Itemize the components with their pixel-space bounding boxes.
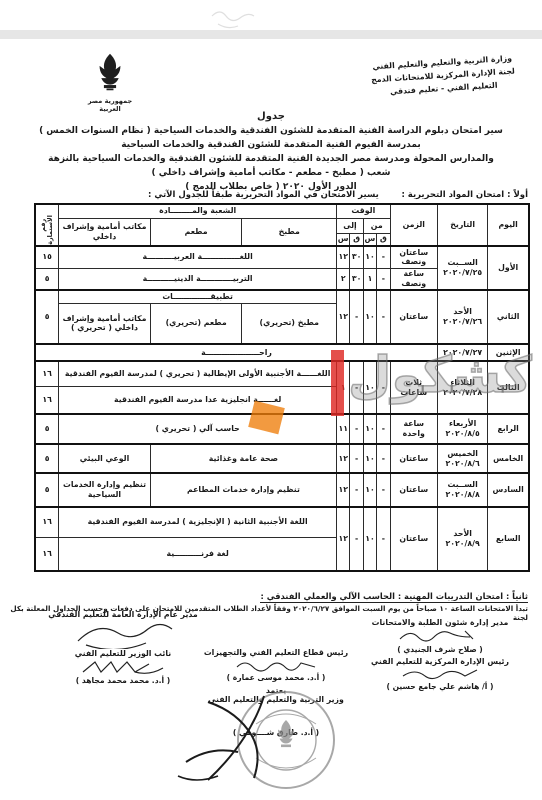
pencil-scribble bbox=[208, 6, 268, 32]
col-head-restaurant: مطعم bbox=[150, 218, 242, 246]
day-date: الســبت٢٠٢٠/٧/٢٥ bbox=[437, 246, 487, 290]
subject-computer: حاسب آلي ( تحريري ) bbox=[59, 414, 337, 444]
sig-name-gonidy: ( صلاح شرف الجنيدي ) bbox=[356, 645, 524, 654]
to-hour: ١٢ bbox=[337, 507, 350, 571]
from-hour: ١٠ bbox=[363, 507, 376, 571]
subject-environment-awareness: الوعي البيئي bbox=[59, 444, 151, 473]
col-head-to-hour: س bbox=[337, 233, 350, 246]
col-head-day: اليوم bbox=[488, 204, 529, 246]
form-number-rotated-label: رقمالاستمارة bbox=[40, 215, 54, 235]
col-head-section-subject: الشعبة والمــــــــادة bbox=[59, 204, 337, 218]
to-min: - bbox=[350, 361, 363, 414]
duration-cell: ثلاث ساعات bbox=[390, 361, 437, 414]
rest-day-cell: راحــــــــــــــــــــة bbox=[35, 344, 437, 361]
day-monday: الإثنين bbox=[488, 344, 529, 361]
day-date: الســبت٢٠٢٠/٨/٨ bbox=[437, 473, 487, 507]
sig-name-megahed: ( أ.د. محمد محمد مجاهد ) bbox=[34, 676, 212, 685]
from-min: - bbox=[377, 361, 390, 414]
duration-cell: ساعة ونصف bbox=[390, 268, 437, 290]
to-hour: ١ bbox=[337, 361, 350, 414]
duration-cell: ساعتان ونصف bbox=[390, 246, 437, 268]
from-hour: ١٠ bbox=[363, 444, 376, 473]
from-hour: ١٠ bbox=[363, 246, 376, 268]
to-min: ٣٠ bbox=[350, 246, 363, 268]
day-date: الثلاثاء٢٠٢٠/٧/٢٨ bbox=[437, 361, 487, 414]
col-head-to: إلى bbox=[337, 218, 364, 233]
eagle-icon bbox=[92, 52, 128, 92]
to-hour: ١٢ bbox=[337, 290, 350, 344]
col-head-front-office: مكاتب أمامية وإشراف داخلي bbox=[59, 218, 151, 246]
col-head-date: التاريخ bbox=[437, 204, 487, 246]
col-head-duration: الزمن bbox=[390, 204, 437, 246]
to-min: - bbox=[350, 444, 363, 473]
to-min: - bbox=[350, 507, 363, 571]
document-title-block: جدول سير امتحان دبلوم الدراسة الفنية الم… bbox=[0, 110, 542, 194]
to-min: - bbox=[350, 290, 363, 344]
signature-block-right: مدير إدارة شئون الطلبة والامتحانات ( صلا… bbox=[356, 618, 524, 691]
signature-flourish bbox=[68, 619, 178, 649]
day-ordinal: الرابع bbox=[488, 414, 529, 444]
from-min: - bbox=[377, 414, 390, 444]
from-min: - bbox=[377, 444, 390, 473]
subject-english-except: لغــــــة انجليزية عدا مدرسة الفيوم الفن… bbox=[59, 386, 337, 414]
title-line-branches: شعب ( مطبخ - مطعم - مكاتب أمامية وإشراف … bbox=[0, 166, 542, 180]
from-min: - bbox=[377, 246, 390, 268]
sig-title-hotel-education-gm: مدير عام الإدارة العامة للتعليم الفندقي bbox=[34, 610, 212, 619]
form-number: ٥ bbox=[35, 414, 59, 444]
subject-second-foreign-english: اللغة الأجنبية الثانية ( الإنجليزية ) لم… bbox=[59, 507, 337, 537]
sig-title-students-affairs: مدير إدارة شئون الطلبة والامتحانات bbox=[356, 618, 524, 627]
col-head-time: الوقت bbox=[337, 204, 391, 218]
day-ordinal: الخامس bbox=[488, 444, 529, 473]
subject-front-office-written: مكاتب أمامية وإشراف داخلي ( تحريري ) bbox=[59, 303, 151, 344]
duration-cell: ساعتان bbox=[390, 507, 437, 571]
col-head-from-hour: س bbox=[363, 233, 376, 246]
to-hour: ١١ bbox=[337, 414, 350, 444]
to-min: - bbox=[350, 473, 363, 507]
subject-kitchen-written: مطبخ (تحريري) bbox=[242, 303, 337, 344]
signature-squiggle bbox=[395, 666, 485, 682]
from-min: - bbox=[377, 290, 390, 344]
section-second-heading: ثانياً : امتحان التدريبات المهنية : الحا… bbox=[260, 591, 528, 603]
form-number: ١٦ bbox=[35, 537, 59, 571]
duration-cell: ساعتان bbox=[390, 473, 437, 507]
day-ordinal: السابع bbox=[488, 507, 529, 571]
subject-french: لغة فرنــــــــــية bbox=[59, 537, 337, 571]
day-date: الأربعاء٢٠٢٠/٨/٥ bbox=[437, 414, 487, 444]
to-hour: ٢ bbox=[337, 268, 350, 290]
to-hour: ١٢ bbox=[337, 444, 350, 473]
subject-religion: التربيــــــــــــة الدينيــــــــــة bbox=[59, 268, 337, 290]
duration-cell: ساعة واحدة bbox=[390, 414, 437, 444]
to-hour: ١٢ bbox=[337, 473, 350, 507]
section-first-heading: أولاً : امتحان المواد التحريرية : bbox=[401, 190, 528, 200]
sig-title-central-admin: رئيس الإدارة المركزية للتعليم الفني bbox=[356, 657, 524, 666]
col-head-from-min: ق bbox=[377, 233, 390, 246]
subject-arabic: اللغــــــــــــــة العربيــــــــــة bbox=[59, 246, 337, 268]
from-min: - bbox=[377, 268, 390, 290]
from-hour: ١٠ bbox=[363, 414, 376, 444]
form-number: ١٦ bbox=[35, 386, 59, 414]
egypt-coat-of-arms: جمهورية مصر العربية bbox=[78, 52, 142, 113]
form-number: ٥ bbox=[35, 268, 59, 290]
to-min: - bbox=[350, 414, 363, 444]
signature-squiggle bbox=[75, 658, 171, 676]
subject-restaurant-services-mgmt: تنظيم وإدارة خدمات المطاعم bbox=[150, 473, 336, 507]
ministry-header: وزارة التربية والتعليم والتعليم الفني لج… bbox=[351, 50, 535, 100]
day-date: ٢٠٢٠/٧/٢٧ bbox=[437, 344, 487, 361]
subject-italian: اللغــــــة الأجنبية الأولى الإيطالية ( … bbox=[59, 361, 337, 386]
day-ordinal: الثاني bbox=[488, 290, 529, 344]
title-line-exam: سير امتحان دبلوم الدراسة الفنية المتقدمة… bbox=[0, 124, 542, 138]
duration-cell: ساعتان bbox=[390, 444, 437, 473]
title-line-school: بمدرسة الفيوم الفنية المتقدمة للشئون الف… bbox=[0, 138, 542, 152]
signature-block-left: مدير عام الإدارة العامة للتعليم الفندقي … bbox=[34, 610, 212, 685]
exam-schedule-table: اليوم التاريخ الزمن الوقت الشعبة والمـــ… bbox=[34, 203, 530, 572]
col-head-form-number: رقمالاستمارة bbox=[35, 204, 59, 246]
from-hour: ١٠ bbox=[363, 361, 376, 414]
to-min: ٣٠ bbox=[350, 268, 363, 290]
title-line-schools2: والمدارس المحولة ومدرسة مصر الجديدة الفن… bbox=[0, 152, 542, 166]
signature-squiggle bbox=[395, 627, 485, 645]
col-head-from: من bbox=[363, 218, 390, 233]
from-hour: ١٠ bbox=[363, 290, 376, 344]
day-ordinal: الأول bbox=[488, 246, 529, 290]
sig-title-deputy-minister: نائب الوزير للتعليم الفني bbox=[34, 649, 212, 658]
form-number: ٥ bbox=[35, 290, 59, 344]
form-number: ١٦ bbox=[35, 361, 59, 386]
day-date: الخميس٢٠٢٠/٨/٦ bbox=[437, 444, 487, 473]
col-head-kitchen: مطبخ bbox=[242, 218, 337, 246]
subject-group-applications: تطبيقــــــــــــــات bbox=[59, 290, 337, 303]
scan-artifact-band bbox=[0, 30, 542, 39]
from-min: - bbox=[377, 507, 390, 571]
day-date: الأحد٢٠٢٠/٧/٢٦ bbox=[437, 290, 487, 344]
sig-name-hashem: ( أ/ هاشم علي جامع حسين ) bbox=[356, 682, 524, 691]
form-number: ٥ bbox=[35, 473, 59, 507]
form-number: ١٦ bbox=[35, 507, 59, 537]
day-date: الأحد٢٠٢٠/٨/٩ bbox=[437, 507, 487, 571]
from-min: - bbox=[377, 473, 390, 507]
subject-restaurant-written: مطعم (تحريري) bbox=[150, 303, 242, 344]
subject-health-nutrition: صحة عامة وغذائية bbox=[150, 444, 336, 473]
from-hour: ١٠ bbox=[363, 473, 376, 507]
section-first-note: يسير الامتحان في المواد التحريرية طبقاً … bbox=[148, 190, 379, 200]
col-head-to-min: ق bbox=[350, 233, 363, 246]
form-number: ٥ bbox=[35, 444, 59, 473]
to-hour: ١٢ bbox=[337, 246, 350, 268]
sig-title-technical-sector-head: رئيس قطاع التعليم الفني والتجهيزات bbox=[200, 648, 352, 657]
title-word: جدول bbox=[0, 110, 542, 124]
signature-squiggle bbox=[231, 657, 321, 673]
day-ordinal: الثالث bbox=[488, 361, 529, 414]
minister-signature bbox=[168, 692, 318, 792]
from-hour: ١ bbox=[363, 268, 376, 290]
subject-tourism-services-mgmt: تنظيم وإدارة الخدمات السياحية bbox=[59, 473, 151, 507]
sig-name-emara: ( أ.د. محمد موسى عمارة ) bbox=[200, 673, 352, 682]
form-number: ١٥ bbox=[35, 246, 59, 268]
day-ordinal: السادس bbox=[488, 473, 529, 507]
duration-cell: ساعتان bbox=[390, 290, 437, 344]
scanned-exam-schedule-document: جمهورية مصر العربية وزارة التربية والتعل… bbox=[0, 0, 542, 800]
section-first-row: أولاً : امتحان المواد التحريرية : يسير ا… bbox=[0, 190, 542, 204]
